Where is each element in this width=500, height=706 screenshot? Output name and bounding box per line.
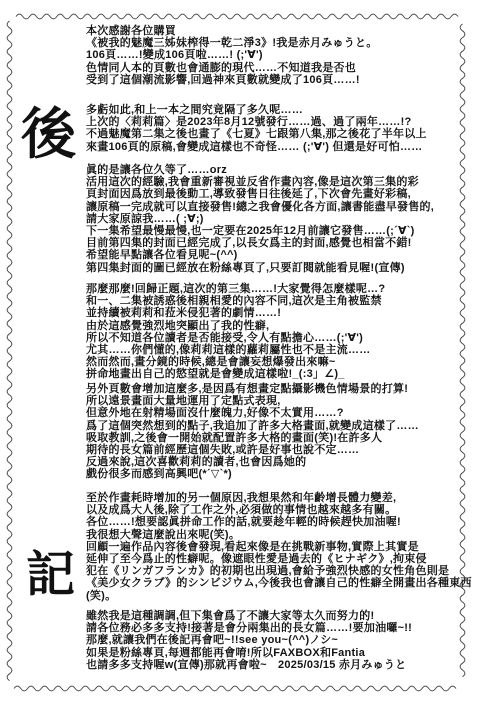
afterword-paragraph-apology-schedule: 眞的是讓各位久等了……orz 活用這次的經驗,我會重新審視並反省作畫內容,像是這… — [86, 164, 478, 274]
afterword-text-column: 本次感謝各位購買 《被我的魅魔三姊妹榨得一乾二淨3》!我是赤月みゅうと。 106… — [86, 0, 478, 706]
afterword-paragraph-intro: 本次感謝各位購買 《被我的魅魔三姊妹榨得一乾二淨3》!我是赤月みゅうと。 106… — [86, 25, 478, 86]
afterword-paragraph-page-count-reason: 另外頁數會增加這麼多,是因爲有想畫定點攝影機色情場景的打算! 所以遠景畫面大量地… — [86, 383, 478, 481]
afterword-page: 後 記 本次感謝各位購買 《被我的魅魔三姊妹榨得一乾二淨3》!我是赤月みゅうと。… — [0, 0, 500, 706]
afterword-paragraph-gap-between-books: 多虧如此,和上一本之間究竟隔了多久呢…… 上次的〈莉莉篇〉是2023年8月12號… — [86, 104, 478, 153]
afterword-paragraph-time-and-fetish: 至於作畫耗時增加的另一個原因,我想果然和年齡增長體力變差, 以及成爲大人後,除了… — [86, 492, 478, 602]
afterword-heading-char-bottom: 記 — [26, 551, 75, 600]
afterword-heading-char-top: 後 — [21, 107, 76, 162]
afterword-paragraph-closing-signature: 雖然我是這種調調,但下集會爲了不讓大家等太久而努力的! 請各位務必多多支持!接著… — [86, 610, 478, 671]
wavy-border-left — [6, 21, 13, 685]
afterword-paragraph-volume3-content: 那麼那麼!回歸正題,這次的第三集……!大家覺得怎麼樣呢…? 和一、二集被誘惑後相… — [86, 283, 478, 381]
